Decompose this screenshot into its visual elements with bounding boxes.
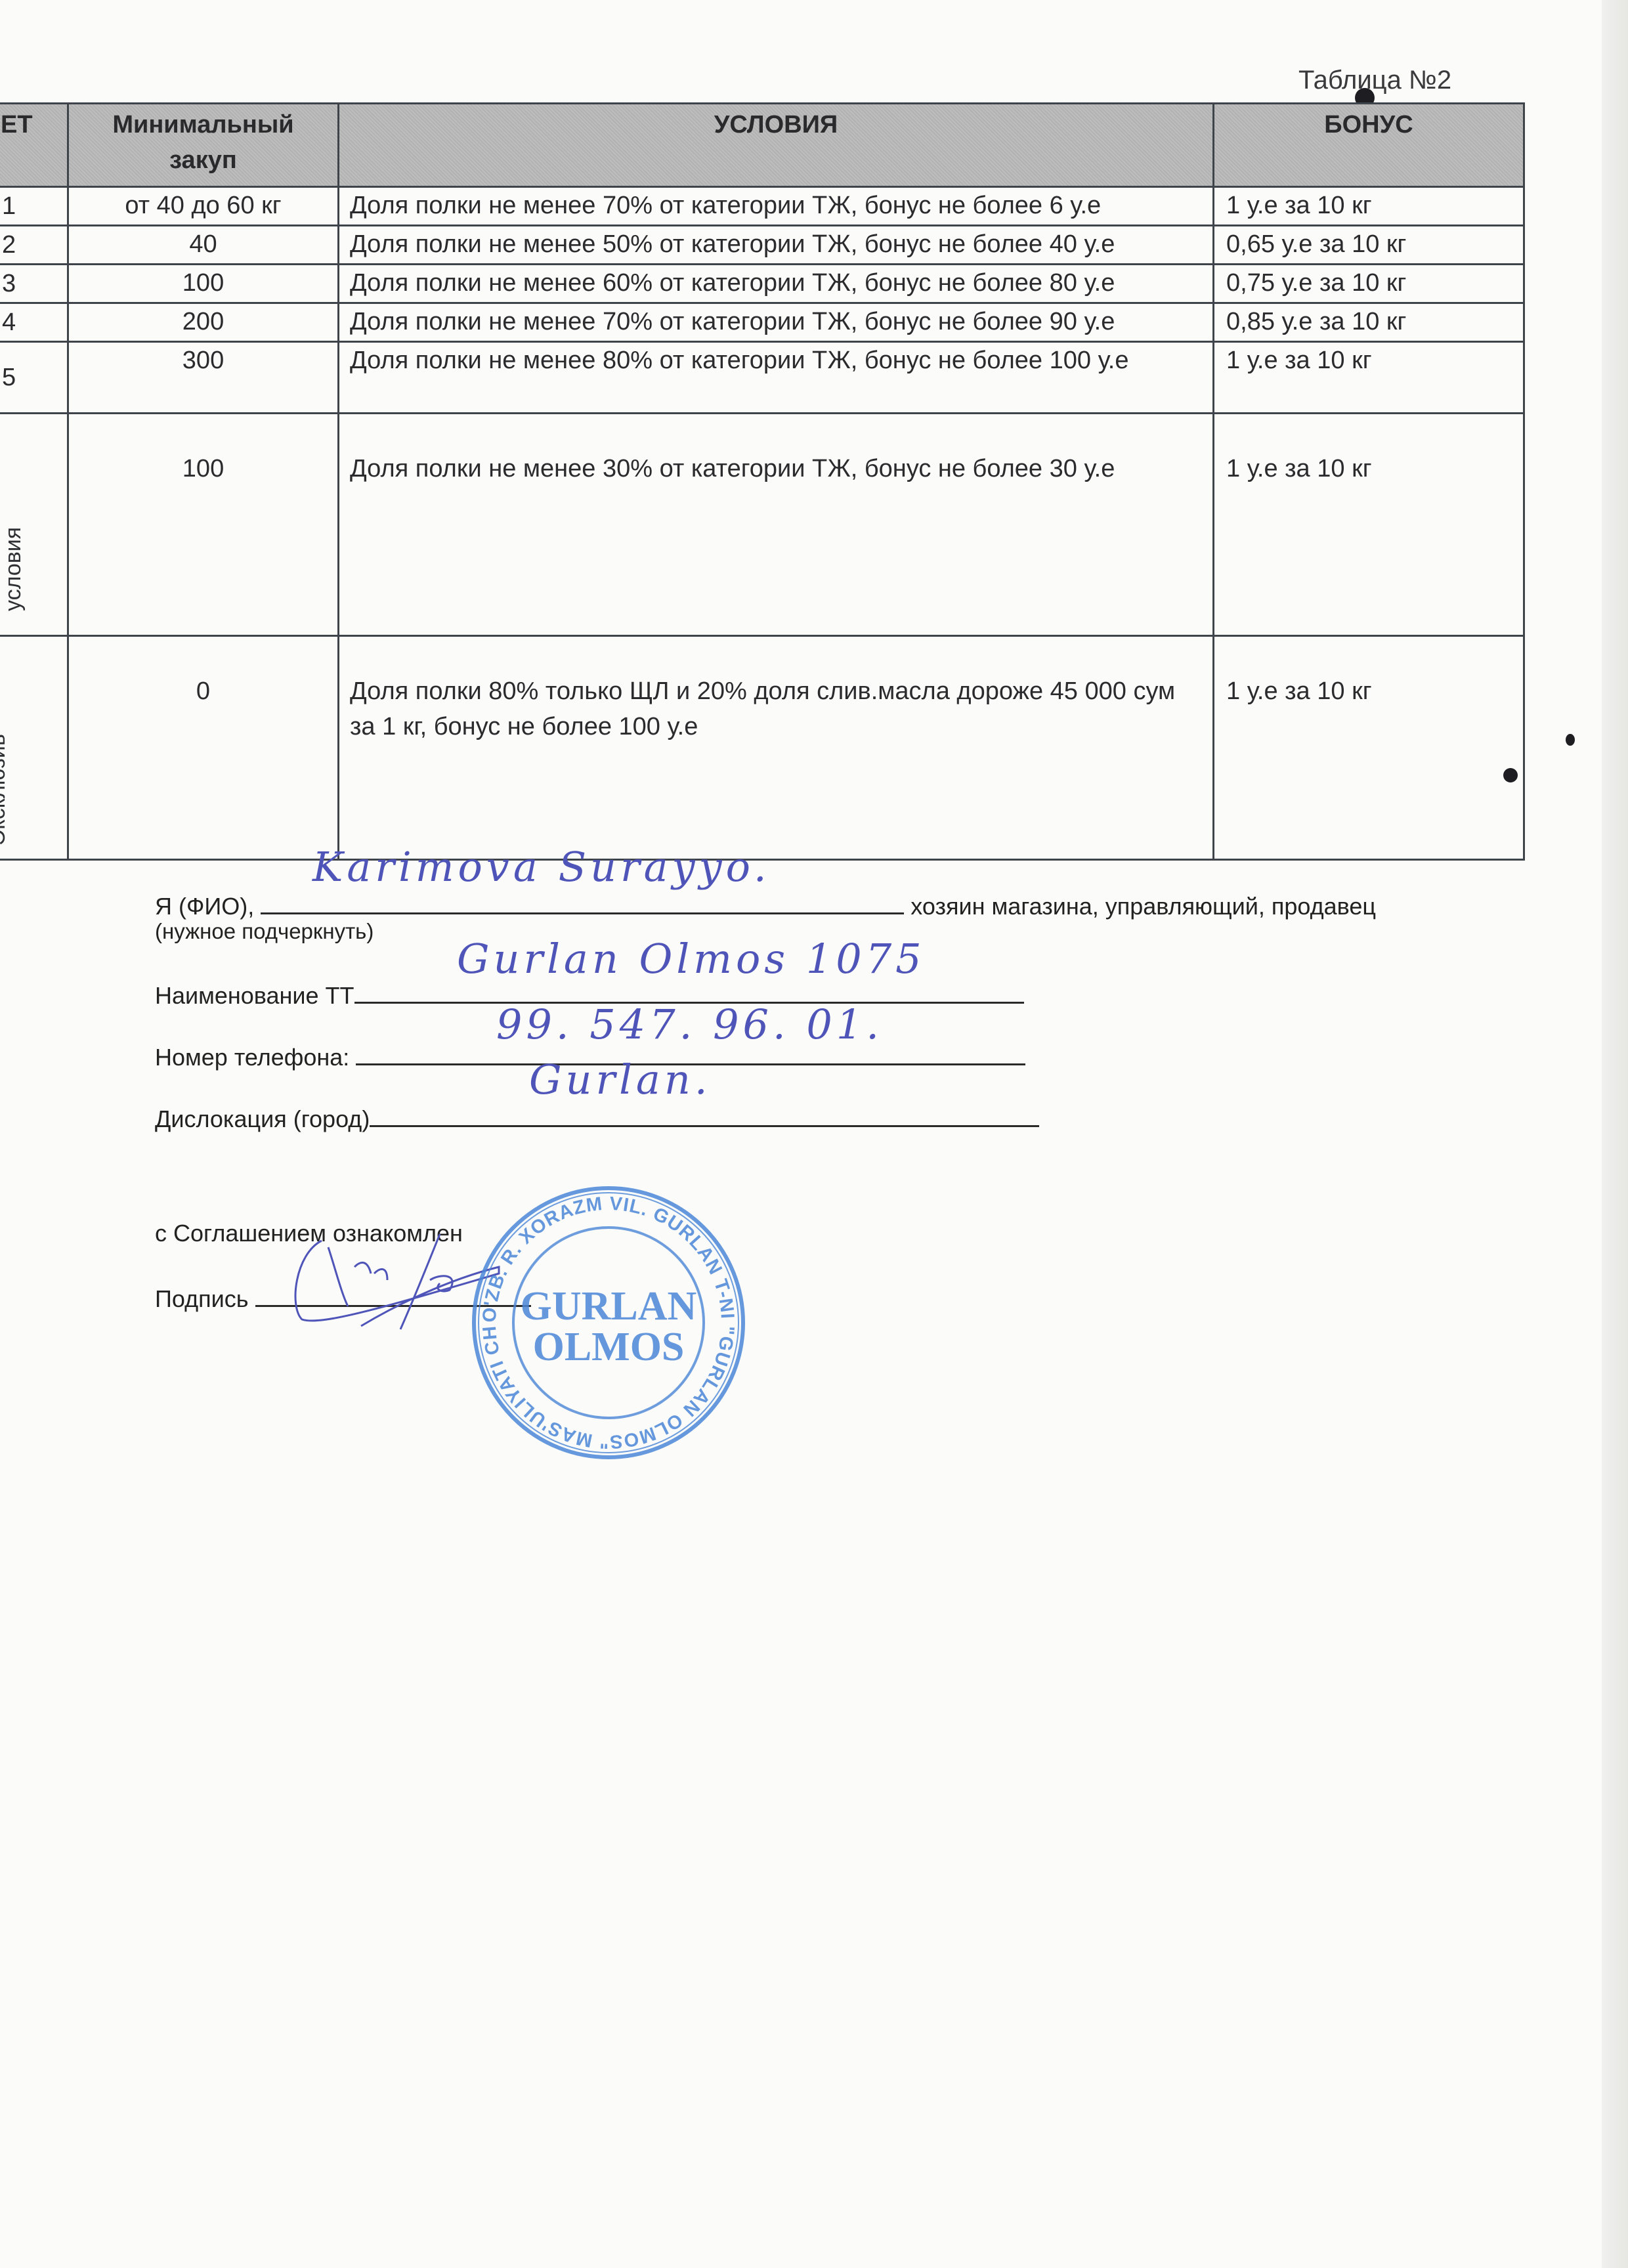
cell-min-purchase: 300 xyxy=(68,342,339,414)
fio-label: Я (ФИО), xyxy=(155,893,254,920)
table-caption: Таблица №2 xyxy=(1298,66,1451,95)
city-label: Дислокация (город) xyxy=(155,1105,370,1132)
cell-conditions: Доля полки не менее 80% от категории ТЖ,… xyxy=(339,342,1214,414)
role-text: хозяин магазина, управляющий, продавец xyxy=(910,893,1376,920)
phone-handwritten-value: 99. 547. 96. 01. xyxy=(496,1000,883,1048)
table-row: Эксклюзив 0 Доля полки 80% только ЩЛ и 2… xyxy=(0,636,1524,860)
cell-level: 1 xyxy=(0,187,68,226)
cell-conditions: Доля полки не менее 70% от категории ТЖ,… xyxy=(339,303,1214,342)
scanner-edge xyxy=(1602,0,1628,2268)
cell-bonus: 1 у.е за 10 кг xyxy=(1214,187,1524,226)
vertical-label: Эксклюзив xyxy=(0,734,15,845)
vertical-label: условия xyxy=(0,527,31,611)
table-row: 3 100 Доля полки не менее 60% от категор… xyxy=(0,265,1524,303)
table-row: 5 300 Доля полки не менее 80% от категор… xyxy=(0,342,1524,414)
header-conditions: УСЛОВИЯ xyxy=(339,104,1214,187)
cell-conditions: Доля полки 80% только ЩЛ и 20% доля слив… xyxy=(339,636,1214,860)
cell-bonus: 1 у.е за 10 кг xyxy=(1214,636,1524,860)
signature-label: Подпись xyxy=(155,1285,248,1312)
cell-min-purchase: 40 xyxy=(68,226,339,265)
cell-conditions: Доля полки не менее 60% от категории ТЖ,… xyxy=(339,265,1214,303)
fio-line: Я (ФИО), хозяин магазина, управляющий, п… xyxy=(155,886,1376,920)
fio-handwritten-value: Karimova Surayyo. xyxy=(312,843,771,891)
header-level: ЕТ xyxy=(0,104,68,187)
table-row: 1 от 40 до 60 кг Доля полки не менее 70%… xyxy=(0,187,1524,226)
cell-min-purchase: 100 xyxy=(68,414,339,636)
header-min-purchase: Минимальный закуп xyxy=(68,104,339,187)
cell-bonus: 0,65 у.е за 10 кг xyxy=(1214,226,1524,265)
cell-conditions: Доля полки не менее 30% от категории ТЖ,… xyxy=(339,414,1214,636)
company-stamp: O'ZB. R. XORAZM VIL. GURLAN T-NI "GURLAN… xyxy=(467,1182,750,1464)
shop-label: Наименование ТТ xyxy=(155,982,354,1009)
table-row: 2 40 Доля полки не менее 50% от категори… xyxy=(0,226,1524,265)
cell-level-vertical: Эксклюзив xyxy=(0,636,68,860)
cell-min-purchase: 0 xyxy=(68,636,339,860)
cell-min-purchase: 200 xyxy=(68,303,339,342)
cell-level: 4 xyxy=(0,303,68,342)
table-row: условия 100 Доля полки не менее 30% от к… xyxy=(0,414,1524,636)
scanned-document-page: Таблица №2 ЕТ Минимальный закуп УСЛОВИЯ … xyxy=(0,0,1628,2268)
stamp-center-line1: GURLAN xyxy=(521,1284,697,1329)
table-row: 4 200 Доля полки не менее 70% от категор… xyxy=(0,303,1524,342)
header-bonus: БОНУС xyxy=(1214,104,1524,187)
shop-handwritten-value: Gurlan Olmos 1075 xyxy=(457,935,926,983)
city-handwritten-value: Gurlan. xyxy=(529,1056,712,1103)
stamp-center-line2: OLMOS xyxy=(533,1325,685,1369)
cell-bonus: 1 у.е за 10 кг xyxy=(1214,342,1524,414)
table-header-row: ЕТ Минимальный закуп УСЛОВИЯ БОНУС xyxy=(0,104,1524,187)
cell-level-vertical: условия xyxy=(0,414,68,636)
ink-blot xyxy=(1566,734,1575,746)
city-line: Дислокация (город) xyxy=(155,1099,1039,1133)
cell-bonus: 0,75 у.е за 10 кг xyxy=(1214,265,1524,303)
cell-conditions: Доля полки не менее 50% от категории ТЖ,… xyxy=(339,226,1214,265)
cell-level: 3 xyxy=(0,265,68,303)
role-hint: (нужное подчеркнуть) xyxy=(155,919,374,944)
cell-bonus: 1 у.е за 10 кг xyxy=(1214,414,1524,636)
cell-level: 2 xyxy=(0,226,68,265)
cell-min-purchase: 100 xyxy=(68,265,339,303)
phone-label: Номер телефона: xyxy=(155,1044,349,1071)
cell-conditions: Доля полки не менее 70% от категории ТЖ,… xyxy=(339,187,1214,226)
bonus-conditions-table: ЕТ Минимальный закуп УСЛОВИЯ БОНУС 1 от … xyxy=(0,102,1525,861)
cell-bonus: 0,85 у.е за 10 кг xyxy=(1214,303,1524,342)
cell-min-purchase: от 40 до 60 кг xyxy=(68,187,339,226)
cell-level: 5 xyxy=(0,342,68,414)
